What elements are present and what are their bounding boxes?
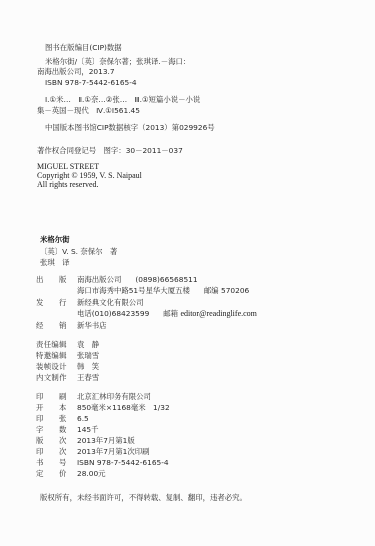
label: 销 bbox=[59, 321, 66, 331]
label: 价 bbox=[59, 469, 66, 479]
spec-edition: 2013年7月第1版 bbox=[77, 436, 135, 446]
publisher-address-row: 海口市海秀中路51号星华大厦五楼邮编 570206 bbox=[36, 286, 356, 296]
staff-row: 特邀编辑 张瑞雪 bbox=[36, 351, 236, 361]
label: 数 bbox=[59, 425, 66, 435]
spec-row: 定 价 28.00元 bbox=[36, 469, 276, 479]
label: 版 bbox=[59, 275, 66, 285]
staff-row: 装帧设计 韩 笑 bbox=[36, 362, 236, 372]
distributor-contact-row: 电话(010)68423599邮箱 editor@readinglife.com bbox=[36, 309, 356, 319]
label: 开 bbox=[36, 403, 43, 413]
distributor-name: 新经典文化有限公司 bbox=[77, 298, 144, 308]
label: 版 bbox=[36, 436, 43, 446]
spec-row: 字 数 145千 bbox=[36, 425, 276, 435]
spec-printer: 北京汇林印务有限公司 bbox=[77, 392, 151, 402]
staff-name: 袁 静 bbox=[77, 340, 99, 350]
label: 号 bbox=[59, 458, 66, 468]
spec-row: 印 张 6.5 bbox=[36, 414, 276, 424]
seller-name: 新华书店 bbox=[77, 321, 107, 331]
label: 字 bbox=[36, 425, 43, 435]
label: 张 bbox=[59, 414, 66, 424]
label: 行 bbox=[59, 298, 66, 308]
label: 印 bbox=[36, 392, 43, 402]
publisher-name: 南海出版公司 bbox=[77, 275, 121, 284]
staff-row: 内文制作 王春雪 bbox=[36, 373, 236, 383]
original-rights: All rights reserved. bbox=[37, 180, 99, 189]
cip-subjects: Ⅰ.①米… Ⅱ.①奈…②张… Ⅲ.①短篇小说－小说 bbox=[45, 95, 200, 105]
cip-subjects: 集－英国－现代 Ⅳ.①I561.45 bbox=[37, 106, 140, 116]
staff-name: 韩 笑 bbox=[77, 362, 99, 372]
cip-line: 米格尔街/〔英〕奈保尔著；张琪译.－海口： bbox=[45, 57, 190, 67]
label: 经 bbox=[36, 321, 43, 331]
staff-name: 王春雪 bbox=[77, 373, 99, 383]
staff-role: 责任编辑 bbox=[36, 340, 67, 350]
label: 印 bbox=[36, 414, 43, 424]
book-author: 〔英〕V. S. 奈保尔 著 bbox=[40, 247, 117, 257]
cip-heading: 图书在版编目(CIP)数据 bbox=[45, 43, 122, 53]
spec-printing: 2013年7月第1次印刷 bbox=[77, 447, 150, 457]
spec-sheets: 6.5 bbox=[77, 414, 89, 424]
spec-price: 28.00元 bbox=[77, 469, 106, 479]
spec-word-count: 145千 bbox=[77, 425, 99, 435]
staff-name: 张瑞雪 bbox=[77, 351, 99, 361]
distributor-email: editor@readinglife.com bbox=[180, 309, 256, 318]
postcode: 570206 bbox=[221, 286, 249, 295]
book-title: 米格尔街 bbox=[40, 235, 70, 245]
label: 刷 bbox=[59, 392, 66, 402]
staff-role: 装帧设计 bbox=[36, 362, 67, 372]
original-title: MIGUEL STREET bbox=[37, 162, 99, 171]
publisher-phone: (0898)66568511 bbox=[135, 275, 197, 284]
staff-row: 责任编辑 袁 静 bbox=[36, 340, 236, 350]
staff-role: 特邀编辑 bbox=[36, 351, 67, 361]
postcode-label: 邮编 bbox=[204, 286, 219, 295]
spec-row: 开 本 850毫米×1168毫米 1/32 bbox=[36, 403, 276, 413]
email-label: 邮箱 bbox=[163, 309, 178, 318]
spec-isbn: ISBN 978-7-5442-6165-4 bbox=[77, 458, 169, 468]
label: 定 bbox=[36, 469, 43, 479]
label: 次 bbox=[59, 436, 66, 446]
spec-row: 印 刷 北京汇林印务有限公司 bbox=[36, 392, 276, 402]
spec-row: 书 号 ISBN 978-7-5442-6165-4 bbox=[36, 458, 276, 468]
seller-row: 经 销 新华书店 bbox=[36, 321, 356, 331]
original-copyright: Copyright © 1959, V. S. Naipaul bbox=[37, 171, 142, 180]
cip-line: 南海出版公司，2013.7 bbox=[37, 67, 115, 77]
publisher-row: 出 版 南海出版公司(0898)66568511 bbox=[36, 275, 356, 285]
spec-row: 印 次 2013年7月第1次印刷 bbox=[36, 447, 276, 457]
cip-isbn: ISBN 978-7-5442-6165-4 bbox=[45, 78, 137, 88]
rights-notice: 版权所有，未经书面许可，不得转载、复制、翻印，违者必究。 bbox=[40, 493, 247, 503]
cip-number: 中国版本图书馆CIP数据核字（2013）第029926号 bbox=[45, 123, 215, 133]
book-translator: 张琪 译 bbox=[40, 258, 70, 268]
label: 次 bbox=[59, 447, 66, 457]
publisher-address: 海口市海秀中路51号星华大厦五楼 bbox=[77, 286, 190, 295]
distributor-phone: 电话(010)68423599 bbox=[77, 309, 149, 318]
label: 本 bbox=[59, 403, 66, 413]
label: 发 bbox=[36, 298, 43, 308]
label: 书 bbox=[36, 458, 43, 468]
label: 印 bbox=[36, 447, 43, 457]
label: 出 bbox=[36, 275, 43, 285]
spec-row: 版 次 2013年7月第1版 bbox=[36, 436, 276, 446]
copyright-registration: 著作权合同登记号 图字：30－2011－037 bbox=[37, 146, 183, 156]
spec-format: 850毫米×1168毫米 1/32 bbox=[77, 403, 170, 413]
distributor-row: 发 行 新经典文化有限公司 bbox=[36, 298, 356, 308]
staff-role: 内文制作 bbox=[36, 373, 67, 383]
